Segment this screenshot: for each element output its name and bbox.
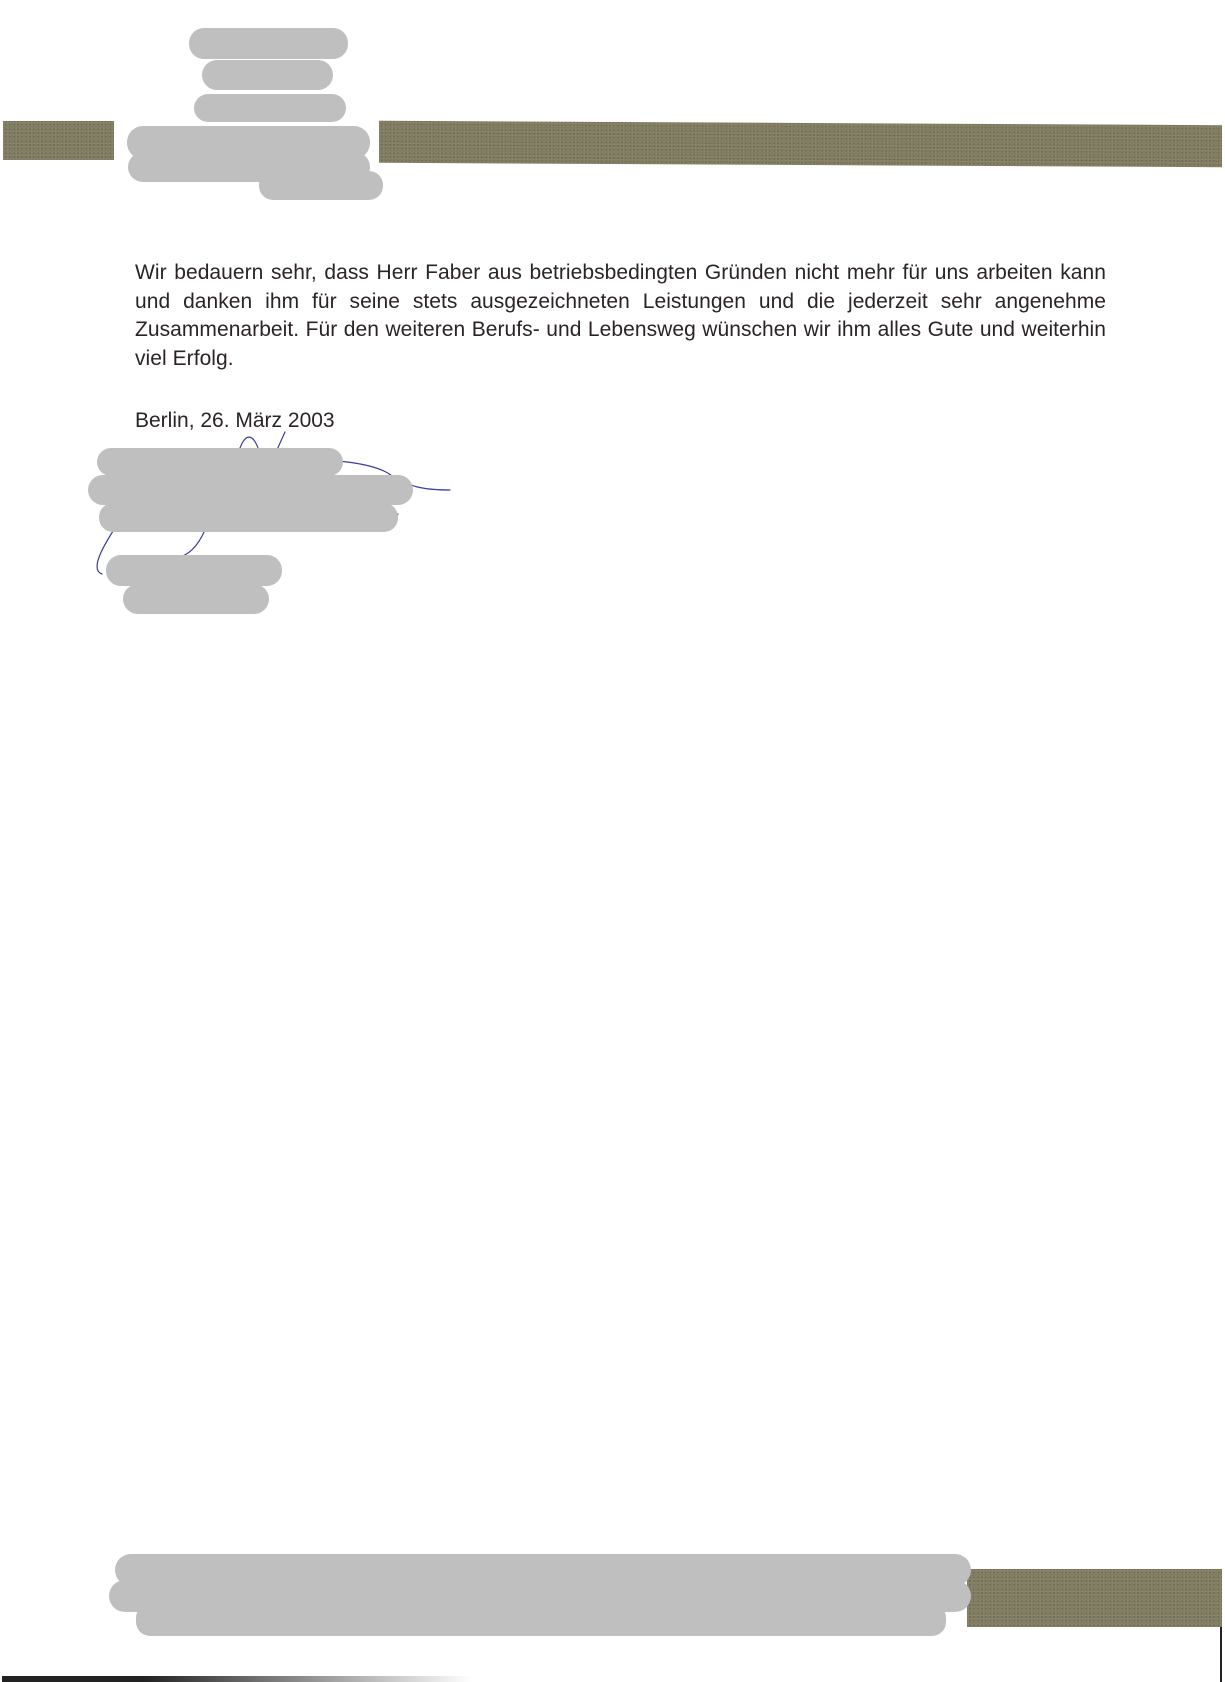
letter-body-paragraph: Wir bedauern sehr, dass Herr Faber aus b…	[135, 259, 1106, 373]
redaction-block	[88, 475, 413, 505]
redaction-block	[136, 1604, 946, 1636]
redaction-block	[189, 28, 348, 59]
letterhead-band-left	[3, 121, 114, 160]
scan-edge-shadow	[2, 1676, 472, 1682]
footer-band	[967, 1569, 1222, 1627]
redaction-block	[99, 503, 398, 532]
redaction-block	[259, 171, 383, 200]
redaction-block	[123, 584, 269, 614]
letterhead-band-right	[379, 121, 1222, 167]
redaction-block	[202, 60, 333, 90]
redaction-block	[97, 448, 343, 476]
letter-page: Wir bedauern sehr, dass Herr Faber aus b…	[0, 0, 1225, 1682]
scan-edge-line	[1220, 1627, 1222, 1682]
place-and-date: Berlin, 26. März 2003	[135, 407, 335, 435]
redaction-block	[194, 94, 346, 122]
redaction-block	[106, 555, 282, 586]
